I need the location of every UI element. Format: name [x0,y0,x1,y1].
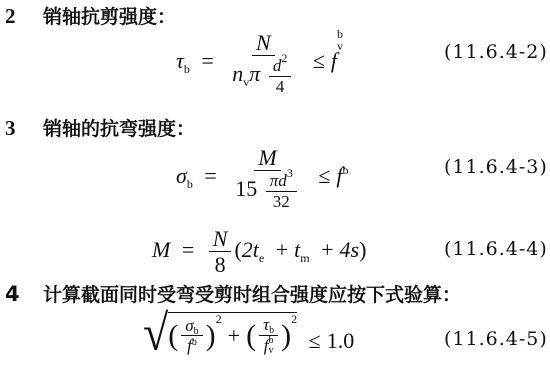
denominator: 8 [211,252,230,277]
plus-sign: + [321,237,333,262]
superscript: 2 [281,51,287,65]
numerator: N [252,30,275,56]
close-paren: ) [281,319,291,353]
pi-symbol: π [249,61,260,86]
superscript: b [192,337,197,348]
equation-bending-strength: σb = M 15 πd3 32 ≤fb [176,145,349,211]
pi-d-symbol: πd [270,171,287,190]
equation-moment: M = N 8 (2te +tm +4s) [152,226,366,278]
equals-sign: = [204,163,216,188]
numerator: N [209,226,232,252]
equation-number: (11.6.4-5) [444,328,548,350]
term-4s: 4s [340,237,360,262]
coefficient: 15 [235,176,257,201]
sigma-symbol: σ [176,163,187,188]
clause-number: 2 [5,4,43,29]
plus-sign: + [276,237,288,262]
equation-combined-strength: √ ( σb fb )2 + ( τb fbv )2 ≤1.0 [143,310,354,356]
close-paren: ) [359,237,366,262]
sigma-symbol: σ [185,316,193,335]
subscript: b [194,326,199,337]
denominator: nvπ d2 4 [228,56,298,96]
equation-number: (11.6.4-2) [444,41,548,63]
clause-title: 销轴抗剪强度： [43,6,176,28]
fraction: τb fbv [259,315,278,356]
rhs-value: 1.0 [327,328,355,353]
open-paren: ( [234,237,241,262]
clause-3-heading: 3销轴的抗弯强度： [5,114,195,141]
n-symbol: n [232,61,243,86]
equation-number: (11.6.4-4) [444,238,548,260]
equals-sign: = [201,48,213,73]
subscript: e [259,251,264,265]
inner-denominator: 32 [269,192,294,212]
subscript: b [269,325,274,336]
subscript: m [300,251,309,265]
clause-title: 计算截面同时受弯受剪时组合强度应按下式验算： [43,284,461,306]
clause-4-heading: 4计算截面同时受弯受剪时组合强度应按下式验算： [5,280,461,307]
tau-symbol: τ [176,48,184,73]
leq-sign: ≤ [313,48,325,73]
exponent: 2 [291,312,297,327]
clause-title: 销轴的抗弯强度： [43,118,195,140]
subscript: v [243,75,249,89]
inner-denominator: 4 [272,77,289,97]
close-paren: ) [206,319,216,353]
subscript: b [187,177,193,191]
superscript: 3 [287,166,293,180]
denominator: 15 πd3 32 [231,171,304,211]
inner-fraction: d2 4 [269,56,292,96]
fraction: σb fb [181,316,202,356]
clause-number: 3 [5,116,43,141]
radical-icon: √ [143,308,168,359]
open-paren: ( [246,319,256,353]
subscript: v [337,40,343,52]
fraction: N 8 [209,226,232,278]
numerator: M [254,145,280,171]
subscript: v [268,346,273,356]
fraction: N nvπ d2 4 [228,30,298,96]
superscript: b [343,163,349,177]
fraction: M 15 πd3 32 [231,145,304,211]
leq-sign: ≤ [318,163,330,188]
radicand: ( σb fb )2 + ( τb fbv )2 [168,312,297,356]
plus-sign: + [228,323,240,349]
clause-number: 4 [5,282,43,306]
equals-sign: = [182,237,194,262]
equation-number: (11.6.4-3) [444,156,548,178]
exponent: 2 [216,312,222,327]
equation-shear-strength: τb = N nvπ d2 4 ≤fbv [176,30,343,96]
f-symbol: f [336,163,342,188]
inner-fraction: πd3 32 [266,171,297,211]
subscript: b [184,62,190,76]
leq-sign: ≤ [309,328,321,353]
m-symbol: M [152,237,170,262]
square-root: √ ( σb fb )2 + ( τb fbv )2 [143,310,297,356]
term-2te: 2t [242,237,259,262]
clause-2-heading: 2销轴抗剪强度： [5,2,176,29]
open-paren: ( [168,319,178,353]
